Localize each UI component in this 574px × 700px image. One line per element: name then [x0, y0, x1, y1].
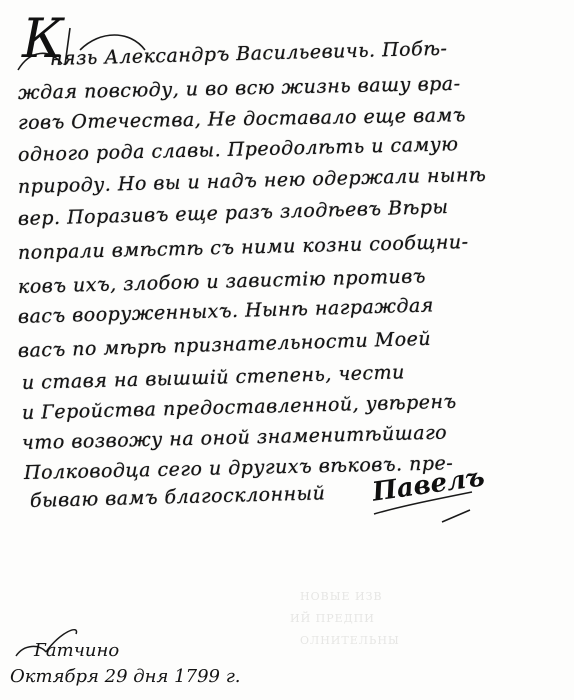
letter-line-10: васъ по мѣрѣ признательности Моей	[18, 328, 432, 362]
scanned-letter-page: НОВЫЕ ИЗВ ИЙ ПРЕДПИ ОЛНИТЕЛЬНЫ К нязь Ал…	[0, 0, 574, 700]
letter-line-3: говъ Отечества, Не доставало еще вамъ	[18, 104, 466, 134]
letter-line-12: и Геройства предоставленной, увѣренъ	[22, 391, 457, 424]
letter-line-6: вер. Поразивъ еще разъ злодѣевъ Вѣры	[18, 196, 449, 230]
place-name: Гатчино	[34, 640, 119, 661]
letter-line-2: ждая повсюду, и во всю жизнь вашу вра-	[18, 73, 461, 104]
bleed-line: ИЙ ПРЕДПИ	[290, 612, 375, 625]
letter-line-1: нязь Александръ Васильевичь. Побѣ-	[50, 38, 448, 70]
letter-line-11: и ставя на вышшiй степень, чести	[22, 361, 405, 394]
letter-line-8: ковъ ихъ, злобою и завистію противъ	[18, 265, 426, 298]
bleed-line: НОВЫЕ ИЗВ	[300, 590, 383, 603]
letter-line-5: природу. Но вы и надъ нею одержали нынѣ	[18, 164, 487, 198]
letter-date: Октября 29 дня 1799 г.	[10, 666, 241, 687]
letter-line-9: васъ вооруженныхъ. Нынѣ награждая	[18, 294, 434, 328]
letter-line-4: одного рода славы. Преодолѣть и самую	[18, 133, 459, 166]
letter-line-15: бываю вамъ благосклонный	[30, 482, 326, 512]
bleed-line: ОЛНИТЕЛЬНЫ	[300, 634, 400, 647]
letter-line-7: попрали вмѣстѣ съ ними козни сообщни-	[18, 231, 469, 264]
letter-line-13: что возвожу на оной знаменитѣйшаго	[22, 422, 448, 454]
